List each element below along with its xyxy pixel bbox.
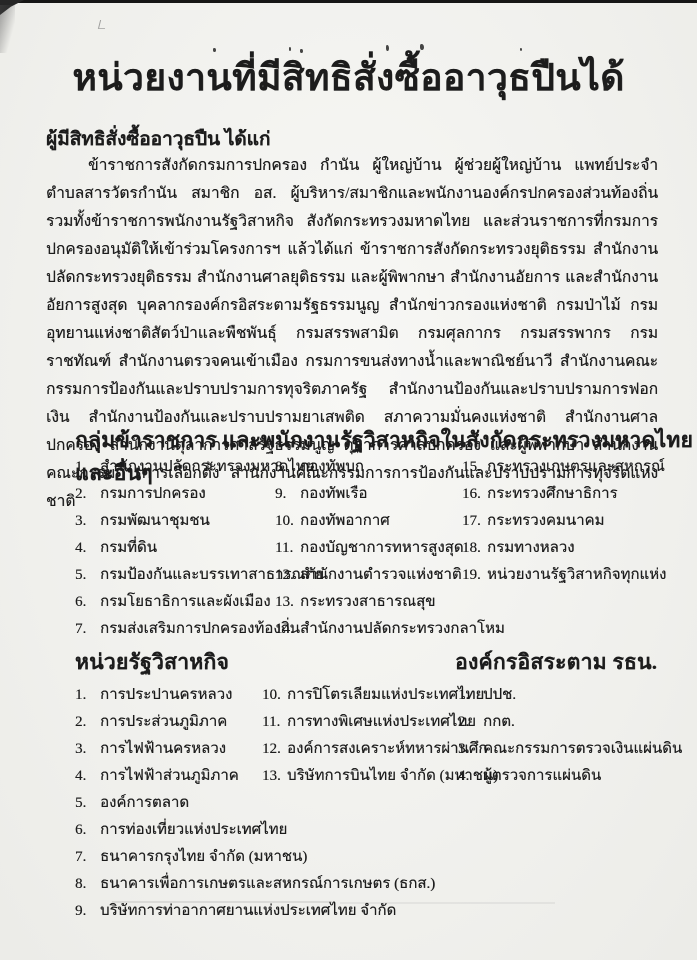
state-enterprise-list-col1: 1.การประปานครหลวง 2.การประส่วนภูมิภาค 3.… — [75, 682, 262, 925]
list-item: 17.กระทรวงคมนาคม — [462, 508, 685, 535]
item-number: 2. — [458, 709, 483, 736]
item-number: 15. — [462, 454, 487, 481]
item-number: 7. — [75, 616, 100, 643]
list-item: 11.การทางพิเศษแห่งประเทศไทย — [262, 709, 458, 736]
item-label: ธนาคารเพื่อการเกษตรและสหกรณ์การเกษตร (ธก… — [100, 876, 435, 892]
list-item: 1.การประปานครหลวง — [75, 682, 262, 709]
list-item: 18.กรมทางหลวง — [462, 535, 685, 562]
list-item: 1.ปปช. — [458, 682, 685, 709]
list-item: 16.กระทรวงศึกษาธิการ — [462, 481, 685, 508]
scan-edge-smudge — [0, 5, 15, 53]
item-number: 4. — [75, 535, 100, 562]
item-label: กระทรวงคมนาคม — [487, 513, 604, 529]
independent-org-list: 1.ปปช. 2.กกต. 3.คณะกรรมการตรวจเงินแผ่นดิ… — [458, 682, 685, 790]
item-number: 8. — [75, 871, 100, 898]
item-number: 13. — [262, 763, 287, 790]
list-item: 11.กองบัญชาการทหารสูงสุด — [275, 535, 462, 562]
item-number: 14. — [275, 616, 300, 643]
item-number: 1. — [75, 454, 100, 481]
item-number: 2. — [75, 709, 100, 736]
item-number: 3. — [75, 736, 100, 763]
list-item: 7.ธนาคารกรุงไทย จำกัด (มหาชน) — [75, 844, 262, 871]
ministry-list-col3: 15.กระทรวงเกษตรและสหกรณ์ 16.กระทรวงศึกษา… — [462, 454, 685, 589]
item-label: ธนาคารกรุงไทย จำกัด (มหาชน) — [100, 849, 307, 865]
independent-org-heading: องค์กรอิสระตาม รธน. — [455, 646, 657, 679]
list-item: 9.บริษัทการท่าอากาศยานแห่งประเทศไทย จำกั… — [75, 898, 262, 925]
item-label: การไฟฟ้าส่วนภูมิภาค — [100, 768, 239, 784]
item-label: การทางพิเศษแห่งประเทศไทย — [287, 714, 476, 730]
list-item: 10.กองทัพอากาศ — [275, 508, 462, 535]
state-enterprise-list-col2: 10.การปิโตรเลียมแห่งประเทศไทย 11.การทางพ… — [262, 682, 458, 790]
item-number: 11. — [262, 709, 287, 736]
item-number: 10. — [262, 682, 287, 709]
item-number: 12. — [262, 736, 287, 763]
scan-pen-mark — [98, 20, 107, 29]
scanned-document-page: หน่วยงานที่มีสิทธิสั่งซื้ออาวุธปืนได้ ผู… — [0, 0, 697, 960]
item-number: 1. — [458, 682, 483, 709]
list-item: 7.กรมส่งเสริมการปกครองท้องถิ่น — [75, 616, 275, 643]
item-label: การปิโตรเลียมแห่งประเทศไทย — [287, 687, 484, 703]
eligible-buyers-heading: ผู้มีสิทธิสั่งซื้ออาวุธปืน ได้แก่ — [46, 124, 270, 154]
list-item: 4.กรมที่ดิน — [75, 535, 275, 562]
item-number: 4. — [75, 763, 100, 790]
item-label: ปปช. — [483, 687, 516, 703]
list-item: 5.กรมป้องกันและบรรเทาสาธารณภัย — [75, 562, 275, 589]
item-label: คณะกรรมการตรวจเงินแผ่นดิน — [483, 741, 682, 757]
item-number: 17. — [462, 508, 487, 535]
item-number: 18. — [462, 535, 487, 562]
item-number: 3. — [458, 736, 483, 763]
list-item: 3.การไฟฟ้านครหลวง — [75, 736, 262, 763]
item-label: กรมทางหลวง — [487, 540, 575, 556]
item-label: บริษัทการท่าอากาศยานแห่งประเทศไทย จำกัด — [100, 903, 396, 919]
item-number: 12. — [275, 562, 300, 589]
item-label: กระทรวงศึกษาธิการ — [487, 486, 618, 502]
item-number: 9. — [75, 898, 100, 925]
item-label: ผู้ตรวจการแผ่นดิน — [483, 768, 601, 784]
item-number: 6. — [75, 817, 100, 844]
item-label: กรมการปกครอง — [100, 486, 206, 502]
item-number: 11. — [275, 535, 300, 562]
list-item: 3.คณะกรรมการตรวจเงินแผ่นดิน — [458, 736, 685, 763]
item-number: 8. — [275, 454, 300, 481]
item-label: กรมพัฒนาชุมชน — [100, 513, 210, 529]
scan-top-border — [0, 0, 697, 3]
list-item: 13.กระทรวงสาธารณสุข — [275, 589, 462, 616]
list-item: 5.องค์การตลาด — [75, 790, 262, 817]
ministry-section-lists: 1.สำนักงานปลัดกระทรวงมหาดไทย 2.กรมการปกค… — [75, 454, 685, 643]
item-number: 5. — [75, 790, 100, 817]
item-label: องค์การตลาด — [100, 795, 189, 811]
item-number: 4. — [458, 763, 483, 790]
item-label: กรมที่ดิน — [100, 540, 157, 556]
list-item: 2.กรมการปกครอง — [75, 481, 275, 508]
ministry-list-col2: 8.กองทัพบก 9.กองทัพเรือ 10.กองทัพอากาศ 1… — [275, 454, 462, 643]
item-number: 5. — [75, 562, 100, 589]
list-item: 1.สำนักงานปลัดกระทรวงมหาดไทย — [75, 454, 275, 481]
item-label: หน่วยงานรัฐวิสาหกิจทุกแห่ง — [487, 567, 666, 583]
list-item: 3.กรมพัฒนาชุมชน — [75, 508, 275, 535]
list-item: 14.สำนักงานปลัดกระทรวงกลาโหม — [275, 616, 462, 643]
item-label: สำนักงานปลัดกระทรวงกลาโหม — [300, 621, 505, 637]
item-number: 6. — [75, 589, 100, 616]
list-item: 9.กองทัพเรือ — [275, 481, 462, 508]
item-label: กองทัพเรือ — [300, 486, 367, 502]
item-label: การท่องเที่ยวแห่งประเทศไทย — [100, 822, 287, 838]
item-label: กรมโยธาธิการและผังเมือง — [100, 594, 271, 610]
document-title: หน่วยงานที่มีสิทธิสั่งซื้ออาวุธปืนได้ — [0, 48, 697, 107]
item-label: กองทัพอากาศ — [300, 513, 390, 529]
item-number: 2. — [75, 481, 100, 508]
list-item: 6.การท่องเที่ยวแห่งประเทศไทย — [75, 817, 262, 844]
item-label: การประปานครหลวง — [100, 687, 232, 703]
list-item: 6.กรมโยธาธิการและผังเมือง — [75, 589, 275, 616]
item-label: การไฟฟ้านครหลวง — [100, 741, 226, 757]
item-label: กกต. — [483, 714, 515, 730]
item-label: การประส่วนภูมิภาค — [100, 714, 227, 730]
list-item: 4.การไฟฟ้าส่วนภูมิภาค — [75, 763, 262, 790]
item-label: กองบัญชาการทหารสูงสุด — [300, 540, 464, 556]
item-number: 3. — [75, 508, 100, 535]
item-number: 9. — [275, 481, 300, 508]
list-item: 13.บริษัทการบินไทย จำกัด (มหาชน) — [262, 763, 458, 790]
list-item: 2.การประส่วนภูมิภาค — [75, 709, 262, 736]
item-number: 19. — [462, 562, 487, 589]
item-label: สำนักงานตำรวจแห่งชาติ — [300, 567, 462, 583]
list-item: 4.ผู้ตรวจการแผ่นดิน — [458, 763, 685, 790]
list-item: 8.ธนาคารเพื่อการเกษตรและสหกรณ์การเกษตร (… — [75, 871, 262, 898]
list-item: 19.หน่วยงานรัฐวิสาหกิจทุกแห่ง — [462, 562, 685, 589]
list-item: 12.สำนักงานตำรวจแห่งชาติ — [275, 562, 462, 589]
list-item: 12.องค์การสงเคราะห์ทหารผ่านศึก — [262, 736, 458, 763]
list-item: 8.กองทัพบก — [275, 454, 462, 481]
item-label: กรมส่งเสริมการปกครองท้องถิ่น — [100, 621, 300, 637]
item-label: กระทรวงสาธารณสุข — [300, 594, 435, 610]
item-number: 7. — [75, 844, 100, 871]
list-item: 10.การปิโตรเลียมแห่งประเทศไทย — [262, 682, 458, 709]
item-number: 16. — [462, 481, 487, 508]
list-item: 15.กระทรวงเกษตรและสหกรณ์ — [462, 454, 685, 481]
bottom-section-lists: 1.การประปานครหลวง 2.การประส่วนภูมิภาค 3.… — [75, 682, 685, 925]
ministry-list-col1: 1.สำนักงานปลัดกระทรวงมหาดไทย 2.กรมการปกค… — [75, 454, 275, 643]
item-number: 13. — [275, 589, 300, 616]
item-label: กองทัพบก — [300, 459, 364, 475]
state-enterprise-heading: หน่วยรัฐวิสาหกิจ — [75, 646, 229, 679]
item-number: 10. — [275, 508, 300, 535]
item-label: กระทรวงเกษตรและสหกรณ์ — [487, 459, 665, 475]
item-number: 1. — [75, 682, 100, 709]
list-item: 2.กกต. — [458, 709, 685, 736]
